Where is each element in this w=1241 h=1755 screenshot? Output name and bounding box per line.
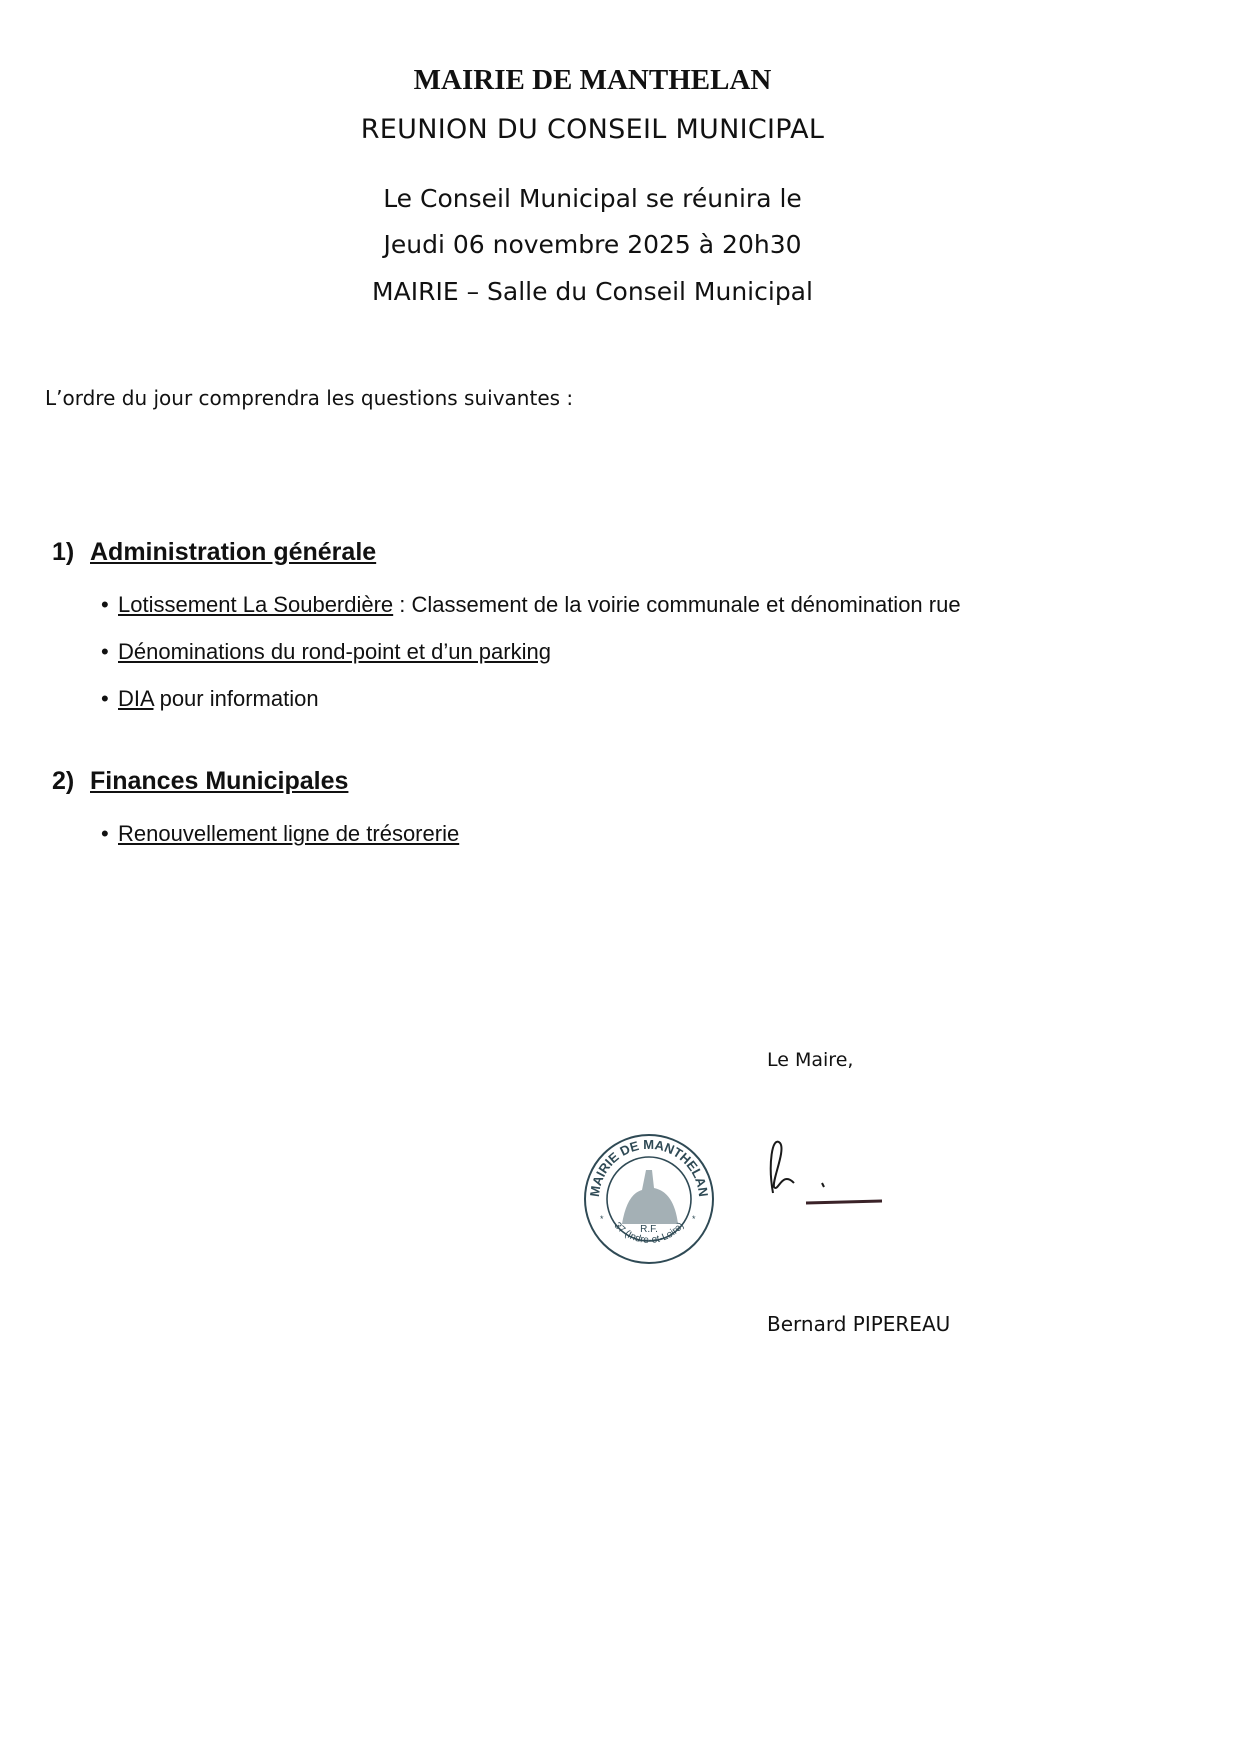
section-label: Administration générale (90, 538, 376, 566)
signatory-name: Bernard PIPEREAU (767, 1312, 950, 1336)
agenda-item: •Lotissement La Souberdière : Classement… (101, 592, 961, 618)
agenda-intro: L’ordre du jour comprendra les questions… (45, 386, 573, 410)
bullet-icon: • (101, 639, 118, 665)
bullet-icon: • (101, 592, 118, 618)
announcement-location: MAIRIE – Salle du Conseil Municipal (0, 277, 1185, 306)
section-finances: 2)Finances Municipales (52, 767, 348, 796)
agenda-item: •Renouvellement ligne de trésorerie (101, 821, 459, 847)
bullet-icon: • (101, 686, 118, 712)
mayor-signature-icon (760, 1125, 890, 1205)
document-subtitle: REUNION DU CONSEIL MUNICIPAL (0, 114, 1185, 145)
section-number: 1) (52, 538, 90, 567)
agenda-item: •Dénominations du rond-point et d’un par… (101, 639, 551, 665)
section-number: 2) (52, 767, 90, 796)
svg-text:*: * (692, 1214, 696, 1224)
document-title: MAIRIE DE MANTHELAN (0, 64, 1185, 97)
official-seal-stamp-icon: MAIRIE DE MANTHELAN 37 (Indre-et-Loire) … (582, 1132, 716, 1266)
section-administration: 1)Administration générale (52, 538, 376, 567)
item-title: Renouvellement ligne de trésorerie (118, 821, 459, 846)
section-label: Finances Municipales (90, 767, 348, 795)
item-title: Lotissement La Souberdière (118, 592, 393, 617)
agenda-item: •DIA pour information (101, 686, 319, 712)
seal-center-text: R.F. (640, 1224, 658, 1235)
item-title: DIA (118, 686, 153, 711)
item-title: Dénominations du rond-point et d’un park… (118, 639, 551, 664)
signatory-role: Le Maire, (767, 1049, 853, 1071)
announcement-date: Jeudi 06 novembre 2025 à 20h30 (0, 230, 1185, 259)
item-detail: pour information (153, 686, 318, 711)
bullet-icon: • (101, 821, 118, 847)
announcement-line-1: Le Conseil Municipal se réunira le (0, 184, 1185, 213)
item-detail: : Classement de la voirie communale et d… (393, 592, 960, 617)
svg-text:*: * (600, 1214, 604, 1224)
